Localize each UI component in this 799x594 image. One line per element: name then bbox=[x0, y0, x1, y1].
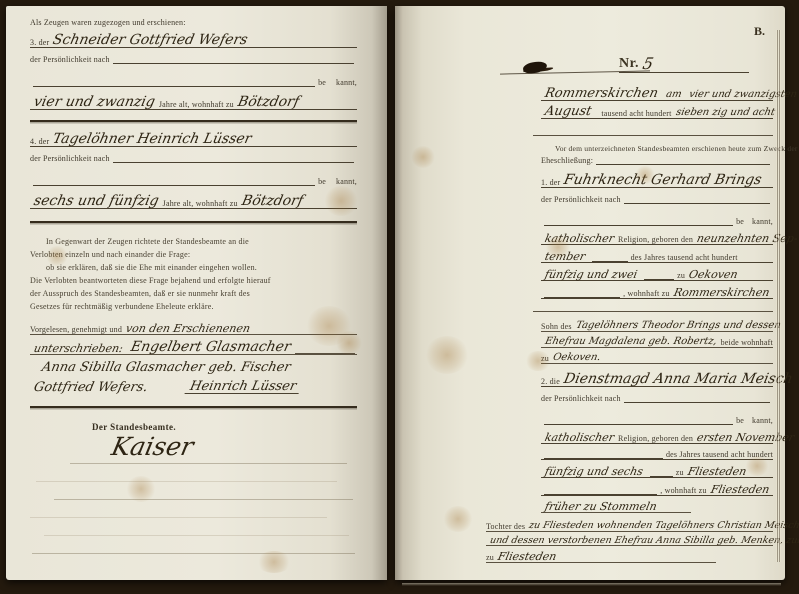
bride-religion-handwriting: katholischer bbox=[540, 432, 619, 443]
kannt-label: kannt, bbox=[336, 177, 357, 186]
am-handwriting: am bbox=[661, 90, 687, 100]
witness-3-row: 3. der Schneider Gottfried Wefers bbox=[30, 33, 357, 48]
residence-label: , wohnhaft zu bbox=[660, 486, 706, 495]
identity-label: der Persönlichkeit nach bbox=[30, 55, 110, 64]
declaration-line: Verlobten einzeln und nach einander die … bbox=[30, 248, 348, 261]
signature-engelbert-glasmacher: Engelbert Glasmacher bbox=[125, 340, 296, 354]
groom-identity-row: der Persönlichkeit nach bbox=[541, 195, 773, 204]
groom-parents-handwriting-1: Tagelöhners Theodor Brings und dessen bbox=[571, 321, 786, 331]
blank-line bbox=[624, 200, 770, 204]
declaration-line: der Ausspruch des Standesbeamten, daß er… bbox=[30, 287, 348, 300]
witness-4-name-handwriting: Tagelöhner Heinrich Lüsser bbox=[48, 132, 257, 146]
left-page: Als Zeugen waren zugezogen und erschiene… bbox=[6, 6, 387, 580]
bride-parents-row-2: und dessen verstorbenen Ehefrau Anna Sib… bbox=[486, 536, 773, 547]
bride-parents-handwriting-1: zu Fliesteden wohnenden Tagelöhners Chri… bbox=[524, 521, 799, 531]
declaration-line: ob sie erklären, daß sie die Ehe mit ein… bbox=[30, 261, 348, 274]
year-label: des Jahres tausend acht hundert bbox=[666, 450, 773, 459]
groom-prefix: 1. der bbox=[541, 178, 560, 187]
beide-wohnhaft-label: beide wohnhaft bbox=[721, 338, 773, 347]
closing-rule bbox=[30, 406, 357, 408]
signature-heinrich-luesser: Heinrich Lüsser bbox=[184, 380, 301, 394]
blank-line bbox=[544, 491, 657, 495]
bride-identity-row: der Persönlichkeit nach bbox=[541, 394, 773, 403]
foxing-spot bbox=[443, 506, 473, 532]
empty-ruled-line bbox=[36, 481, 337, 482]
groom-residence-handwriting: Rommerskirchen bbox=[668, 287, 774, 298]
right-page-content: Nr. 5 Rommerskirchen am vier und zwanzig… bbox=[541, 56, 773, 563]
groom-name-handwriting: Fuhrknecht Gerhard Brings bbox=[559, 173, 767, 187]
year-label: des Jahres tausend acht hundert bbox=[631, 253, 738, 262]
groom-birthyear-row: fünfzig und zwei zu Oekoven bbox=[541, 269, 773, 281]
intro-line-2: Eheschließung: bbox=[541, 156, 593, 165]
identity-label: der Persönlichkeit nach bbox=[541, 394, 621, 403]
kannt-label: kannt, bbox=[752, 217, 773, 226]
foxing-spot bbox=[411, 146, 435, 168]
bride-parents-row-1: Tochter des zu Fliesteden wohnenden Tage… bbox=[486, 521, 773, 532]
declaration-line: In Gegenwart der Zeugen richtete der Sta… bbox=[30, 235, 348, 248]
witness-3-prefix: 3. der bbox=[30, 38, 49, 47]
empty-ruled-line bbox=[44, 535, 349, 536]
blank-line bbox=[544, 421, 733, 425]
witness-4-prefix: 4. der bbox=[30, 137, 49, 146]
page-letter-b: B. bbox=[754, 24, 765, 39]
witness-4-place-handwriting: Bötzdorf bbox=[236, 194, 308, 208]
tochter-des-label: Tochter des bbox=[486, 522, 525, 531]
groom-block-rule bbox=[533, 311, 773, 312]
bride-bekannt-row: be kannt, bbox=[541, 416, 773, 425]
month-handwriting: August bbox=[540, 105, 597, 118]
blank-line bbox=[33, 83, 315, 87]
witnesses-header: Als Zeugen waren zugezogen und erschiene… bbox=[30, 18, 186, 27]
witness-4-row: 4. der Tagelöhner Heinrich Lüsser bbox=[30, 132, 357, 147]
bride-parents-place-handwriting: Fliesteden bbox=[493, 551, 562, 562]
be-label: be bbox=[318, 78, 326, 87]
blank-line bbox=[650, 473, 673, 477]
signature-row-2: Anna Sibilla Glasmacher geb. Fischer bbox=[30, 361, 357, 374]
groom-religion-row: katholischer Religion, geboren den neunz… bbox=[541, 233, 773, 245]
year-handwriting: sieben zig und acht bbox=[670, 108, 779, 118]
bride-prefix: 2. die bbox=[541, 377, 560, 386]
blank-line bbox=[624, 399, 770, 403]
bride-birthplace-handwriting: Fliesteden bbox=[683, 466, 752, 477]
age-label: Jahre alt, wohnhaft zu bbox=[163, 199, 238, 208]
witness-4-age-handwriting: sechs und fünfzig bbox=[29, 194, 165, 208]
witness-4-bekannt-row: be kannt, bbox=[30, 177, 357, 186]
registrar-signature-kaiser: Kaiser bbox=[105, 434, 199, 459]
section-rule bbox=[30, 120, 357, 122]
month-year-row: August tausend acht hundert sieben zig u… bbox=[541, 105, 773, 119]
groom-birthplace-handwriting: Oekoven bbox=[684, 269, 743, 280]
religion-label: Religion, geboren den bbox=[618, 235, 693, 244]
residence-label: , wohnhaft zu bbox=[623, 289, 669, 298]
bride-parents-row-3: zu Fliesteden bbox=[486, 551, 716, 563]
blank-line bbox=[544, 455, 663, 459]
registry-book-scan: Als Zeugen waren zugezogen und erschiene… bbox=[0, 0, 799, 594]
record-number-row: Nr. 5 bbox=[619, 56, 749, 73]
groom-parents-row-3: zu Oekoven. bbox=[541, 353, 773, 364]
witness-3-place-handwriting: Bötzdorf bbox=[232, 95, 304, 109]
read-approved-handwriting: von den Erschienenen bbox=[121, 323, 255, 334]
registrar-label: Der Standesbeamte. bbox=[92, 422, 176, 432]
religion-label: Religion, geboren den bbox=[618, 434, 693, 443]
groom-residence-row: , wohnhaft zu Rommerskirchen bbox=[541, 287, 773, 299]
groom-row: 1. der Fuhrknecht Gerhard Brings bbox=[541, 173, 773, 188]
witnesses-header-row: Als Zeugen waren zugezogen und erschiene… bbox=[30, 18, 357, 27]
bride-religion-row: katholischer Religion, geboren den erste… bbox=[541, 432, 773, 444]
declaration-line: Gesetzes für rechtmäßig verbundene Ehele… bbox=[30, 300, 348, 313]
identity-label: der Persönlichkeit nach bbox=[30, 154, 110, 163]
bride-birthyear-row: fünfzig und sechs zu Fliesteden bbox=[541, 466, 773, 478]
blank-line bbox=[544, 294, 620, 298]
kannt-label: kannt, bbox=[336, 78, 357, 87]
bride-former-residence-handwriting: früher zu Stommeln bbox=[540, 501, 662, 512]
declaration-line: Die Verlobten beantworteten diese Frage … bbox=[30, 274, 348, 287]
blank-line bbox=[644, 276, 674, 280]
groom-birthmonth-handwriting: tember bbox=[540, 251, 591, 262]
read-approved-row: Vorgelesen, genehmigt und von den Erschi… bbox=[30, 323, 357, 335]
be-label: be bbox=[736, 416, 744, 425]
signature-anna-sibilla-glasmacher: Anna Sibilla Glasmacher geb. Fischer bbox=[37, 361, 296, 374]
unterschrieben-handwriting: unterschrieben: bbox=[29, 343, 128, 354]
registrar-signature-row: Kaiser bbox=[108, 434, 357, 459]
groom-parents-place-handwriting: Oekoven. bbox=[548, 353, 606, 363]
nr-label: Nr. bbox=[619, 56, 639, 72]
bride-parents-handwriting-2: und dessen verstorbenen Ehefrau Anna Sib… bbox=[485, 536, 799, 546]
foxing-spot bbox=[256, 551, 292, 573]
intro-row-2: Eheschließung: bbox=[541, 156, 773, 165]
bride-birthyear-label-row: des Jahres tausend acht hundert bbox=[541, 450, 773, 460]
blank-line bbox=[592, 258, 627, 262]
groom-bekannt-row: be kannt, bbox=[541, 217, 773, 226]
identity-label: der Persönlichkeit nach bbox=[541, 195, 621, 204]
right-page: B. Nr. 5 Rommerskirchen am vier und zwan… bbox=[395, 6, 785, 580]
groom-religion-handwriting: katholischer bbox=[540, 233, 619, 244]
blank-line bbox=[113, 60, 354, 64]
witness-3-age-handwriting: vier und zwanzig bbox=[29, 95, 161, 109]
bride-residence-row: , wohnhaft zu Fliesteden bbox=[541, 484, 773, 496]
declaration-paragraph: In Gegenwart der Zeugen richtete der Sta… bbox=[30, 235, 348, 313]
registrar-label-row: Der Standesbeamte. bbox=[92, 422, 357, 432]
place-handwriting: Rommerskirchen bbox=[540, 87, 664, 100]
record-number-handwriting: 5 bbox=[637, 56, 659, 72]
bride-residence-handwriting: Fliesteden bbox=[705, 484, 774, 495]
empty-ruled-line bbox=[30, 517, 327, 518]
groom-birthyear-handwriting: fünfzig und zwei bbox=[540, 269, 642, 280]
day-handwriting: vier und zwanzigsten bbox=[684, 90, 799, 100]
be-label: be bbox=[318, 177, 326, 186]
groom-birthmonth-row: tember des Jahres tausend acht hundert bbox=[541, 251, 773, 263]
signature-row-1: unterschrieben: Engelbert Glasmacher bbox=[30, 340, 357, 355]
witness-3-age-row: vier und zwanzig Jahre alt, wohnhaft zu … bbox=[30, 95, 357, 110]
bride-birthday-handwriting: ersten November bbox=[692, 432, 799, 443]
date-block-rule bbox=[533, 135, 773, 136]
signature-row-3: Gottfried Wefers. Heinrich Lüsser bbox=[30, 380, 357, 394]
place-date-row: Rommerskirchen am vier und zwanzigsten bbox=[541, 87, 773, 101]
witness-3-bekannt-row: be kannt, bbox=[30, 78, 357, 87]
intro-row-1: Vor dem unterzeichneten Standesbeamten e… bbox=[555, 144, 773, 153]
witness-3-name-handwriting: Schneider Gottfried Wefers bbox=[48, 33, 253, 47]
blank-line bbox=[33, 182, 315, 186]
empty-ruled-line bbox=[54, 499, 353, 500]
blank-line bbox=[596, 161, 770, 165]
book-bottom-edge bbox=[402, 583, 781, 586]
groom-parents-row-1: Sohn des Tagelöhners Theodor Brings und … bbox=[541, 321, 773, 332]
section-rule bbox=[30, 221, 357, 223]
bride-row: 2. die Dienstmagd Anna Maria Meisch bbox=[541, 372, 773, 387]
bride-name-handwriting: Dienstmagd Anna Maria Meisch bbox=[558, 372, 798, 386]
bride-former-residence-row: früher zu Stommeln bbox=[541, 501, 691, 513]
blank-line bbox=[544, 222, 733, 226]
groom-parents-row-2: Ehefrau Magdalena geb. Robertz, beide wo… bbox=[541, 337, 773, 348]
intro-line-1: Vor dem unterzeichneten Standesbeamten e… bbox=[555, 144, 798, 153]
groom-birthday-handwriting: neunzehnten Sep- bbox=[692, 233, 799, 244]
read-approved-label: Vorgelesen, genehmigt und bbox=[30, 325, 122, 334]
signature-gottfried-wefers: Gottfried Wefers. bbox=[29, 381, 153, 394]
empty-ruled-line bbox=[70, 463, 347, 464]
page-stack-edge bbox=[776, 30, 781, 562]
age-label: Jahre alt, wohnhaft zu bbox=[159, 100, 234, 109]
blank-line bbox=[113, 159, 354, 163]
groom-parents-handwriting-2: Ehefrau Magdalena geb. Robertz, bbox=[540, 337, 722, 347]
left-page-content: Als Zeugen waren zugezogen und erschiene… bbox=[30, 18, 357, 554]
sohn-des-label: Sohn des bbox=[541, 322, 572, 331]
witness-4-identity-row: der Persönlichkeit nach bbox=[30, 154, 357, 163]
witness-3-identity-row: der Persönlichkeit nach bbox=[30, 55, 357, 64]
foxing-spot bbox=[425, 336, 469, 374]
bride-birthyear-handwriting: fünfzig und sechs bbox=[540, 466, 648, 477]
kannt-label: kannt, bbox=[752, 416, 773, 425]
empty-ruled-line bbox=[32, 553, 355, 554]
witness-4-age-row: sechs und fünfzig Jahre alt, wohnhaft zu… bbox=[30, 194, 357, 209]
year-printed-label: tausend acht hundert bbox=[601, 109, 671, 118]
be-label: be bbox=[736, 217, 744, 226]
